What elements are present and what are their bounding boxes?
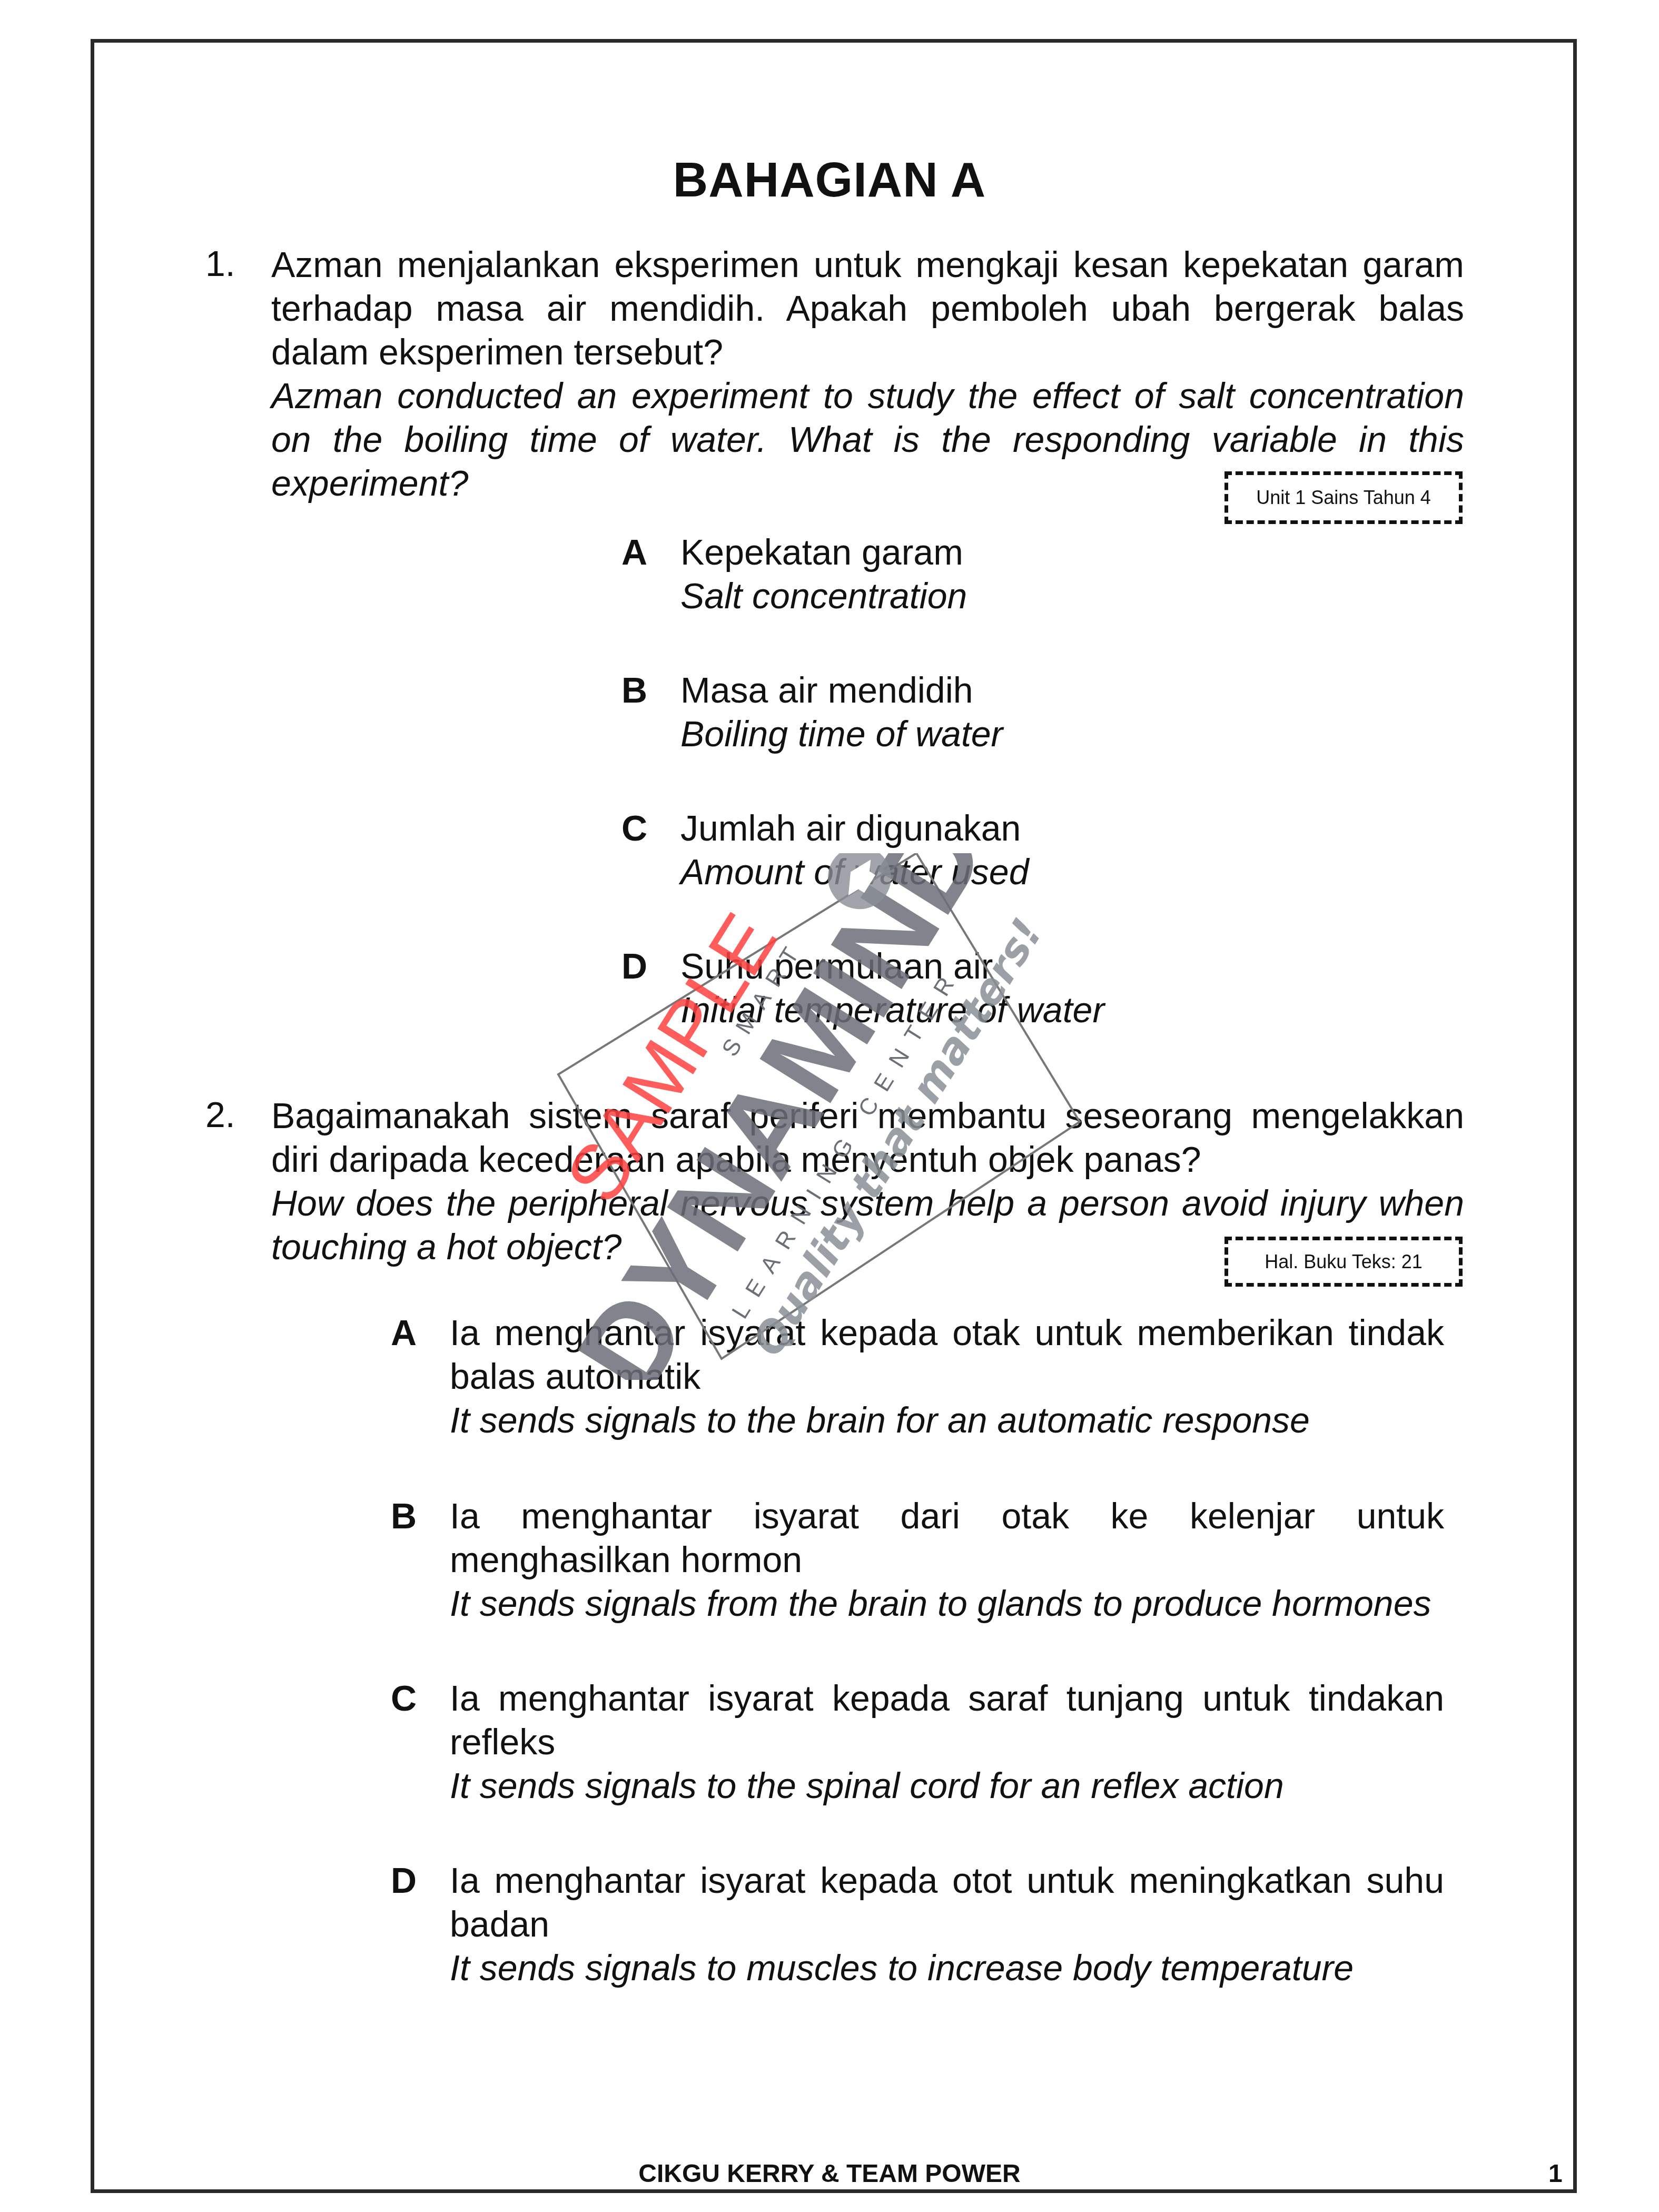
- option-letter: A: [391, 1311, 450, 1443]
- option-letter: D: [621, 945, 680, 1032]
- question-1-number: 1.: [205, 243, 235, 284]
- option-text-en: It sends signals to the spinal cord for …: [450, 1764, 1444, 1808]
- option-text-ms: Ia menghantar isyarat kepada otot untuk …: [450, 1859, 1444, 1947]
- question-1-option-a[interactable]: A Kepekatan garamSalt concentration: [621, 531, 967, 618]
- option-letter: A: [621, 531, 680, 618]
- option-text-ms: Jumlah air digunakan: [680, 807, 1029, 851]
- option-text-ms: Ia menghantar isyarat dari otak ke kelen…: [450, 1495, 1444, 1582]
- option-letter: B: [621, 669, 680, 756]
- option-text-en: Initial temperature of water: [680, 989, 1104, 1032]
- option-text-ms: Masa air mendidih: [680, 669, 1003, 713]
- question-1-option-c[interactable]: C Jumlah air digunakanAmount of water us…: [621, 807, 1029, 894]
- question-2-reference-tag: Hal. Buku Teks: 21: [1224, 1237, 1463, 1287]
- option-text-en: It sends signals from the brain to gland…: [450, 1582, 1444, 1626]
- option-text-ms: Ia menghantar isyarat kepada otak untuk …: [450, 1311, 1444, 1399]
- option-letter: D: [391, 1859, 450, 1990]
- option-text-ms: Suhu permulaan air: [680, 945, 1104, 989]
- question-1-text: Azman menjalankan eksperimen untuk mengk…: [271, 243, 1464, 506]
- question-2-text-ms: Bagaimanakah sistem saraf periferi memba…: [271, 1094, 1464, 1182]
- question-2-number: 2.: [205, 1094, 235, 1135]
- page-number: 1: [1548, 2159, 1563, 2188]
- option-text-en: Boiling time of water: [680, 713, 1003, 756]
- question-2-option-b[interactable]: B Ia menghantar isyarat dari otak ke kel…: [391, 1495, 1444, 1626]
- footer-text: CIKGU KERRY & TEAM POWER: [0, 2159, 1659, 2188]
- option-text-en: It sends signals to the brain for an aut…: [450, 1399, 1444, 1443]
- option-letter: C: [621, 807, 680, 894]
- question-1-option-b[interactable]: B Masa air mendidihBoiling time of water: [621, 669, 1003, 756]
- option-text-en: It sends signals to muscles to increase …: [450, 1947, 1444, 1990]
- question-1-reference-tag: Unit 1 Sains Tahun 4: [1224, 471, 1463, 524]
- section-title: BAHAGIAN A: [0, 153, 1659, 208]
- option-text-ms: Ia menghantar isyarat kepada saraf tunja…: [450, 1677, 1444, 1764]
- option-text-ms: Kepekatan garam: [680, 531, 967, 575]
- question-1-option-d[interactable]: D Suhu permulaan airInitial temperature …: [621, 945, 1104, 1032]
- question-2-option-a[interactable]: A Ia menghantar isyarat kepada otak untu…: [391, 1311, 1444, 1443]
- question-1-text-ms: Azman menjalankan eksperimen untuk mengk…: [271, 243, 1464, 374]
- question-2-option-c[interactable]: C Ia menghantar isyarat kepada saraf tun…: [391, 1677, 1444, 1808]
- option-letter: C: [391, 1677, 450, 1808]
- option-text-en: Salt concentration: [680, 575, 967, 618]
- option-text-en: Amount of water used: [680, 851, 1029, 894]
- option-letter: B: [391, 1495, 450, 1626]
- question-2-option-d[interactable]: D Ia menghantar isyarat kepada otot untu…: [391, 1859, 1444, 1990]
